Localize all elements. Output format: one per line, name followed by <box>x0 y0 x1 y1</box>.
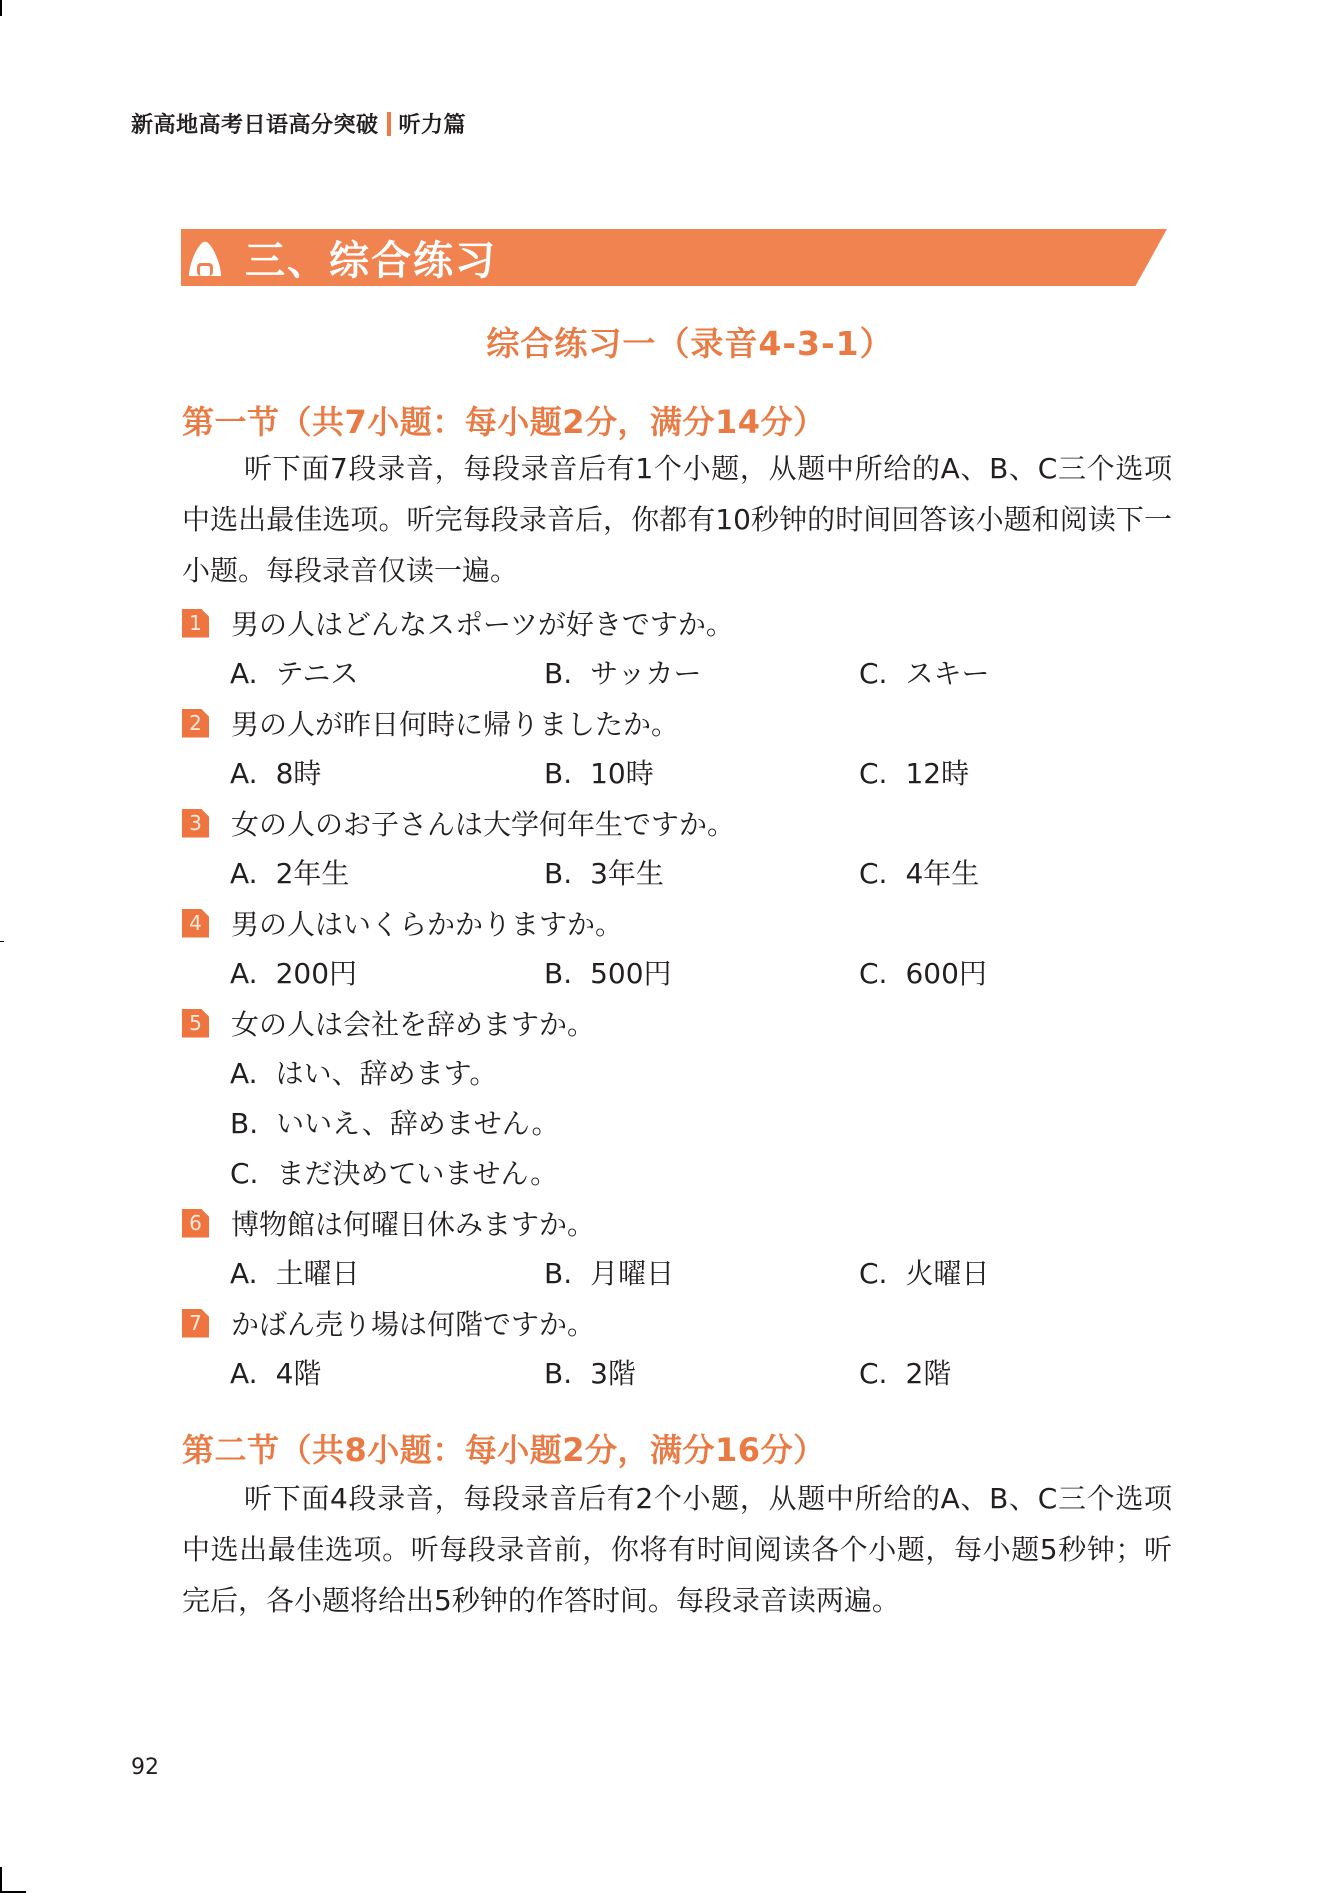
question-3: 3 女の人のお子さんは大学何年生ですか。 <box>182 803 735 843</box>
part-title: 听力篇 <box>399 108 467 139</box>
option-c[interactable]: C.4年生 <box>859 852 979 892</box>
option-b[interactable]: B.10時 <box>544 752 654 792</box>
option-c[interactable]: C.600円 <box>859 952 987 992</box>
running-head: 新高地高考日语高分突破 听力篇 <box>131 108 466 139</box>
option-c[interactable]: C.2階 <box>859 1352 951 1392</box>
option-b[interactable]: B.サッカー <box>544 652 702 692</box>
chapter-title: 三、综合练习 <box>245 229 497 286</box>
crop-mark <box>0 1867 2 1893</box>
question-text: 女の人のお子さんは大学何年生ですか。 <box>231 803 735 843</box>
option-a[interactable]: A.8時 <box>230 752 321 792</box>
option-a[interactable]: A.はい、辞めます。 <box>230 1052 497 1092</box>
question-7: 7 かばん売り場は何階ですか。 <box>182 1303 595 1343</box>
question-4: 4 男の人はいくらかかりますか。 <box>182 903 623 943</box>
book-title: 新高地高考日语高分突破 <box>131 108 379 139</box>
question-text: 博物館は何曜日休みますか。 <box>231 1203 595 1243</box>
option-a[interactable]: A.2年生 <box>230 852 349 892</box>
question-text: 男の人はどんなスポーツが好きですか。 <box>231 603 734 643</box>
option-c[interactable]: C.12時 <box>859 752 969 792</box>
question-5: 5 女の人は会社を辞めますか。 <box>182 1003 595 1043</box>
question-number-badge: 1 <box>182 609 209 638</box>
question-number-badge: 2 <box>182 709 209 738</box>
option-c[interactable]: C.スキー <box>859 652 989 692</box>
question-6: 6 博物館は何曜日休みますか。 <box>182 1203 595 1243</box>
exercise-title: 综合练习一（录音4-3-1） <box>0 318 1336 365</box>
crop-mark <box>0 0 2 16</box>
option-a[interactable]: A.テニス <box>230 652 358 692</box>
question-number-badge: 7 <box>182 1309 209 1338</box>
option-a[interactable]: A.土曜日 <box>230 1252 360 1292</box>
option-b[interactable]: B.3階 <box>544 1352 636 1392</box>
question-number-badge: 4 <box>182 909 209 938</box>
section1-heading: 第一节（共7小题：每小题2分，满分14分） <box>182 397 826 443</box>
option-a[interactable]: A.4階 <box>230 1352 321 1392</box>
onigiri-icon <box>183 236 227 280</box>
question-number-badge: 3 <box>182 809 209 838</box>
option-a[interactable]: A.200円 <box>230 952 357 992</box>
option-c[interactable]: C.まだ決めていません。 <box>230 1152 558 1192</box>
option-b[interactable]: B.いいえ、辞めません。 <box>230 1102 559 1142</box>
header-separator <box>387 112 391 136</box>
page-number: 92 <box>131 1755 159 1780</box>
question-number-badge: 6 <box>182 1209 209 1238</box>
question-1: 1 男の人はどんなスポーツが好きですか。 <box>182 603 734 643</box>
question-2: 2 男の人が昨日何時に帰りましたか。 <box>182 703 679 743</box>
option-b[interactable]: B.3年生 <box>544 852 664 892</box>
question-text: 女の人は会社を辞めますか。 <box>231 1003 595 1043</box>
option-b[interactable]: B.月曜日 <box>544 1252 674 1292</box>
option-b[interactable]: B.500円 <box>544 952 672 992</box>
crop-mark <box>0 941 4 942</box>
question-text: 男の人はいくらかかりますか。 <box>231 903 623 943</box>
chapter-banner: 三、综合练习 <box>181 229 1167 286</box>
section1-instructions: 听下面7段录音，每段录音后有1个小题，从题中所给的A、B、C三个选项中选出最佳选… <box>182 443 1172 596</box>
question-number-badge: 5 <box>182 1009 209 1038</box>
option-c[interactable]: C.火曜日 <box>859 1252 989 1292</box>
question-text: 男の人が昨日何時に帰りましたか。 <box>231 703 679 743</box>
section2-heading: 第二节（共8小题：每小题2分，满分16分） <box>182 1425 826 1471</box>
section2-instructions: 听下面4段录音，每段录音后有2个小题，从题中所给的A、B、C三个选项中选出最佳选… <box>182 1473 1172 1626</box>
question-text: かばん売り場は何階ですか。 <box>231 1303 595 1343</box>
